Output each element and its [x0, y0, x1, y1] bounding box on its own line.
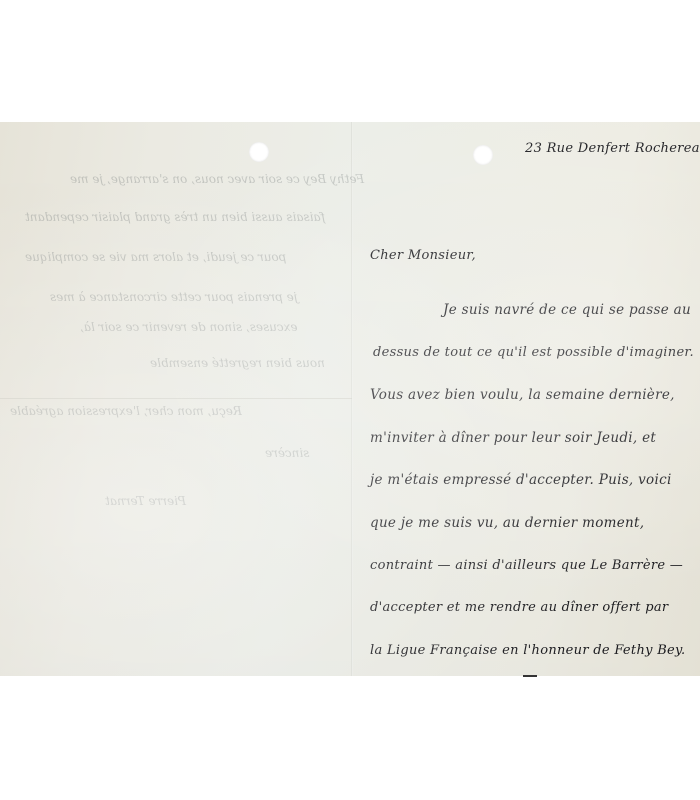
- bleedthrough-line: pour ce jeudi, et alors ma vie se compli…: [25, 250, 286, 264]
- letter-line: la Ligue Française en l'honneur de Fethy…: [370, 643, 685, 658]
- letter-line: je m'étais empressé d'accepter. Puis, vo…: [370, 472, 672, 488]
- ink-mark: [523, 675, 537, 677]
- punch-hole-icon: [473, 145, 493, 165]
- bleedthrough-signature: Pierre Ternat: [105, 494, 186, 508]
- bleedthrough-line: sincère: [265, 446, 309, 460]
- bleedthrough-line: je prenais pour cette circonstance à mes: [50, 290, 298, 304]
- bleedthrough-line: nous bien regretté ensemble: [150, 356, 325, 370]
- bleedthrough-line: faisais aussi bien un très grand plaisir…: [25, 210, 325, 224]
- bleedthrough-line: excuses, sinon de revenir ce soir là,: [80, 320, 298, 334]
- letter-address: 23 Rue Denfert Rochereau: [525, 141, 700, 156]
- letter-line: dessus de tout ce qu'il est possible d'i…: [373, 345, 694, 360]
- letter-line: Vous avez bien voulu, la semaine dernièr…: [370, 387, 675, 403]
- letter-line: contraint — ainsi d'ailleurs que Le Barr…: [370, 558, 683, 573]
- letter-line: d'accepter et me rendre au dîner offert …: [370, 600, 668, 615]
- bleedthrough-line: Reçu, mon cher, l'expression agréable: [10, 404, 242, 418]
- letter-sheet: Fethy Bey ce soir avec nous, on s'arrang…: [0, 122, 700, 676]
- letter-line: que je me suis vu, au dernier moment,: [370, 515, 644, 531]
- letter-salutation: Cher Monsieur,: [370, 248, 476, 263]
- letter-line: m'inviter à dîner pour leur soir Jeudi, …: [370, 430, 656, 446]
- right-page: 23 Rue Denfert Rochereau Cher Monsieur, …: [353, 122, 700, 676]
- bleedthrough-line: Fethy Bey ce soir avec nous, on s'arrang…: [70, 172, 364, 186]
- punch-hole-icon: [249, 142, 269, 162]
- left-page: Fethy Bey ce soir avec nous, on s'arrang…: [0, 122, 351, 676]
- letter-line: Je suis navré de ce qui se passe au: [443, 302, 691, 318]
